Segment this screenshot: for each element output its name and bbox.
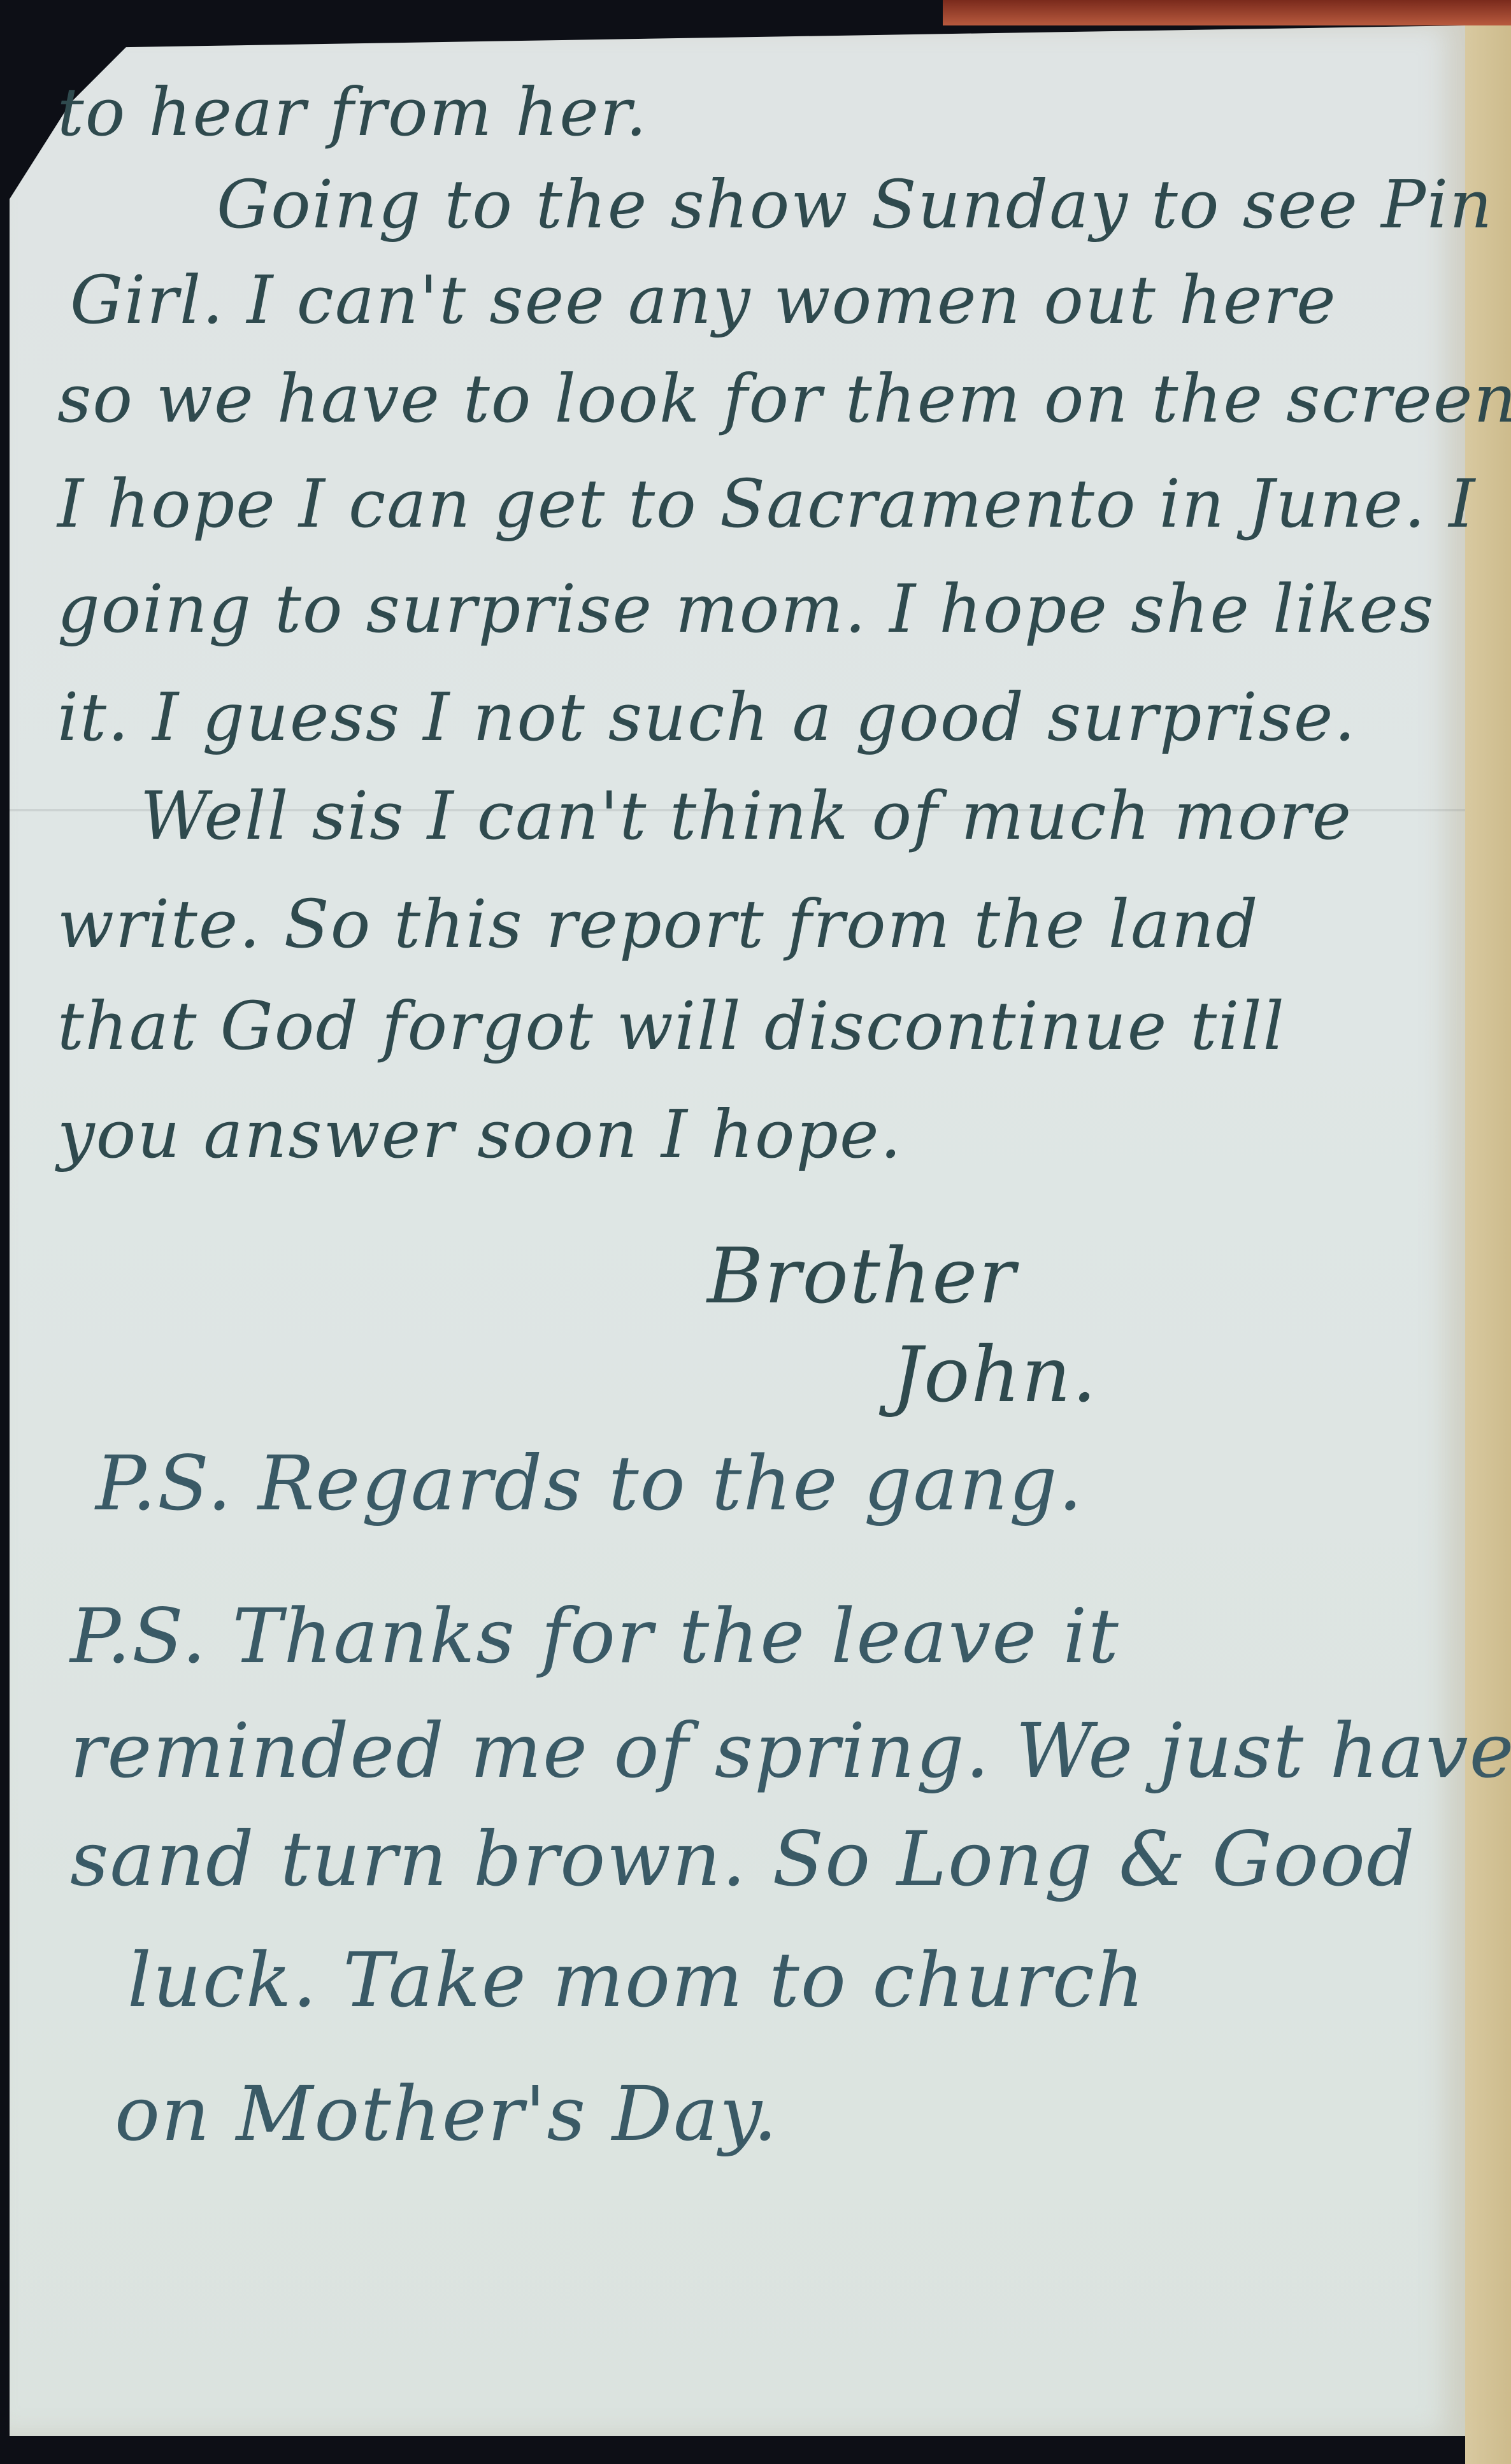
letter-line: it. I guess I not such a good surprise. [57, 678, 1357, 756]
letter-line: to hear from her. [57, 73, 648, 151]
letter-line: so we have to look for them on the scree… [57, 360, 1511, 438]
top-edge-strip [943, 0, 1511, 25]
letter-line: Girl. I can't see any women out here [70, 261, 1337, 339]
postscript-line: reminded me of spring. We just have to [70, 1707, 1511, 1795]
letter-line: you answer soon I hope. [57, 1095, 903, 1173]
postscript-line: on Mother's Day. [115, 2070, 778, 2158]
postscript-line: luck. Take mom to church [127, 1936, 1145, 2024]
letter-line: write. So this report from the land [57, 885, 1259, 963]
postscript-line: P.S. Regards to the gang. [96, 1439, 1084, 1527]
letter-line: I hope I can get to Sacramento in June. … [57, 465, 1476, 543]
letter-line: Well sis I can't think of much more [140, 777, 1352, 855]
postscript-line: P.S. Thanks for the leave it [70, 1592, 1120, 1680]
letter-closing: Brother [707, 1232, 1017, 1321]
letter-line: that God forgot will discontinue till [57, 987, 1285, 1065]
letter-line: Going to the show Sunday to see Pin [217, 166, 1493, 243]
postscript-line: sand turn brown. So Long & Good [70, 1815, 1416, 1903]
letter-line: going to surprise mom. I hope she likes [57, 570, 1435, 648]
letter-signature: John. [892, 1331, 1098, 1420]
